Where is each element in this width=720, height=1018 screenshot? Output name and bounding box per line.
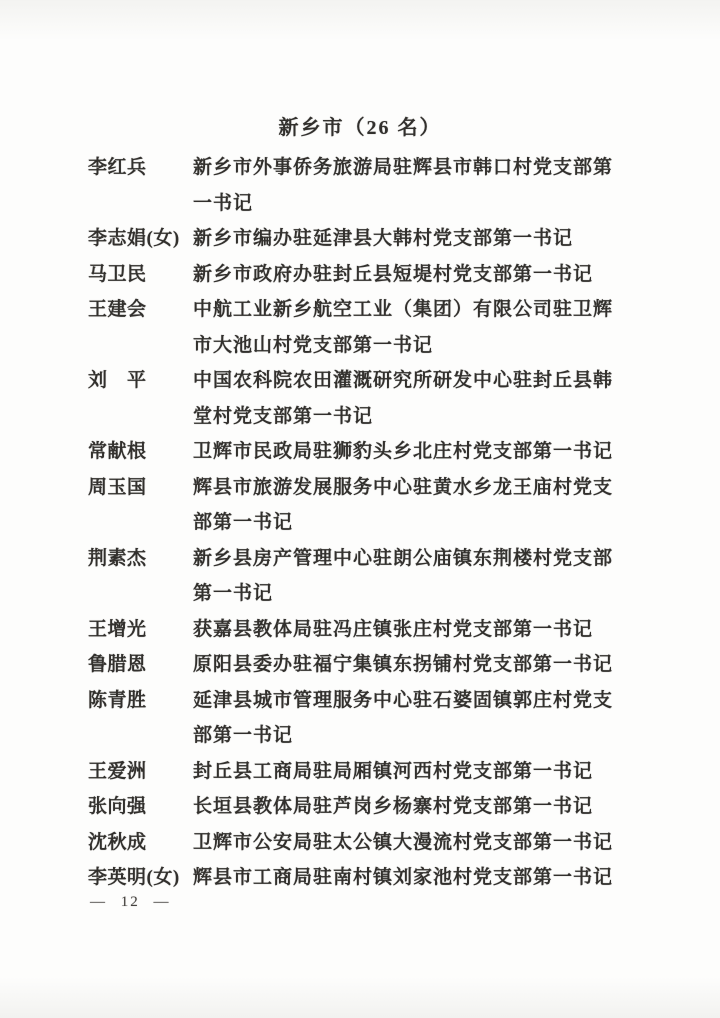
entry-description: 封丘县工商局驻局厢镇河西村党支部第一书记 bbox=[193, 754, 660, 790]
entry-name: 马卫民 bbox=[88, 257, 193, 293]
entry-row: 鲁腊恩 原阳县委办驻福宁集镇东拐铺村党支部第一书记 bbox=[88, 647, 660, 683]
entry-row: 王爱洲 封丘县工商局驻局厢镇河西村党支部第一书记 bbox=[88, 754, 660, 790]
entry-row: 李志娟(女) 新乡市编办驻延津县大韩村党支部第一书记 bbox=[88, 221, 660, 257]
entry-description-line: 卫辉市民政局驻狮豹头乡北庄村党支部第一书记 bbox=[193, 434, 660, 470]
entry-description: 卫辉市民政局驻狮豹头乡北庄村党支部第一书记 bbox=[193, 434, 660, 470]
entry-description-line: 原阳县委办驻福宁集镇东拐铺村党支部第一书记 bbox=[193, 647, 660, 683]
entry-description-line: 辉县市旅游发展服务中心驻黄水乡龙王庙村党支 bbox=[193, 470, 660, 506]
entry-name: 刘 平 bbox=[88, 363, 193, 399]
entry-description-line: 第一书记 bbox=[193, 576, 660, 612]
page-number: — 12 — bbox=[90, 894, 171, 911]
entry-row: 张向强 长垣县教体局驻芦岗乡杨寨村党支部第一书记 bbox=[88, 789, 660, 825]
entry-name: 荆素杰 bbox=[88, 541, 193, 577]
entry-name: 王爱洲 bbox=[88, 754, 193, 790]
entry-description: 原阳县委办驻福宁集镇东拐铺村党支部第一书记 bbox=[193, 647, 660, 683]
entry-description-line: 封丘县工商局驻局厢镇河西村党支部第一书记 bbox=[193, 754, 660, 790]
entry-description-line: 新乡市政府办驻封丘县短堤村党支部第一书记 bbox=[193, 257, 660, 293]
entry-description-line: 中航工业新乡航空工业（集团）有限公司驻卫辉 bbox=[193, 292, 660, 328]
entry-description: 辉县市旅游发展服务中心驻黄水乡龙王庙村党支部第一书记 bbox=[193, 470, 660, 541]
entry-description: 长垣县教体局驻芦岗乡杨寨村党支部第一书记 bbox=[193, 789, 660, 825]
entry-description: 新乡市编办驻延津县大韩村党支部第一书记 bbox=[193, 221, 660, 257]
entry-description-line: 部第一书记 bbox=[193, 718, 660, 754]
page-title: 新乡市（26 名） bbox=[0, 110, 720, 146]
entry-description-line: 中国农科院农田灌溉研究所研发中心驻封丘县韩 bbox=[193, 363, 660, 399]
entry-description-line: 堂村党支部第一书记 bbox=[193, 399, 660, 435]
entry-row: 陈青胜 延津县城市管理服务中心驻石婆固镇郭庄村党支部第一书记 bbox=[88, 683, 660, 754]
entry-row: 王建会 中航工业新乡航空工业（集团）有限公司驻卫辉市大池山村党支部第一书记 bbox=[88, 292, 660, 363]
entry-description-line: 新乡市编办驻延津县大韩村党支部第一书记 bbox=[193, 221, 660, 257]
entry-description: 辉县市工商局驻南村镇刘家池村党支部第一书记 bbox=[193, 860, 660, 896]
entry-description-line: 新乡县房产管理中心驻朗公庙镇东荆楼村党支部 bbox=[193, 541, 660, 577]
entry-description: 新乡县房产管理中心驻朗公庙镇东荆楼村党支部第一书记 bbox=[193, 541, 660, 612]
entry-row: 沈秋成 卫辉市公安局驻太公镇大漫流村党支部第一书记 bbox=[88, 825, 660, 861]
entry-description: 获嘉县教体局驻冯庄镇张庄村党支部第一书记 bbox=[193, 612, 660, 648]
entry-description: 中国农科院农田灌溉研究所研发中心驻封丘县韩堂村党支部第一书记 bbox=[193, 363, 660, 434]
entry-row: 李红兵 新乡市外事侨务旅游局驻辉县市韩口村党支部第一书记 bbox=[88, 150, 660, 221]
entry-description: 新乡市政府办驻封丘县短堤村党支部第一书记 bbox=[193, 257, 660, 293]
entry-description-line: 卫辉市公安局驻太公镇大漫流村党支部第一书记 bbox=[193, 825, 660, 861]
entry-row: 荆素杰 新乡县房产管理中心驻朗公庙镇东荆楼村党支部第一书记 bbox=[88, 541, 660, 612]
entry-list: 李红兵 新乡市外事侨务旅游局驻辉县市韩口村党支部第一书记 李志娟(女) 新乡市编… bbox=[0, 150, 720, 896]
entry-name: 王增光 bbox=[88, 612, 193, 648]
entry-name: 常献根 bbox=[88, 434, 193, 470]
entry-description: 卫辉市公安局驻太公镇大漫流村党支部第一书记 bbox=[193, 825, 660, 861]
entry-description-line: 新乡市外事侨务旅游局驻辉县市韩口村党支部第 bbox=[193, 150, 660, 186]
entry-description-line: 长垣县教体局驻芦岗乡杨寨村党支部第一书记 bbox=[193, 789, 660, 825]
entry-description-line: 部第一书记 bbox=[193, 505, 660, 541]
entry-description: 中航工业新乡航空工业（集团）有限公司驻卫辉市大池山村党支部第一书记 bbox=[193, 292, 660, 363]
entry-name: 陈青胜 bbox=[88, 683, 193, 719]
entry-name: 沈秋成 bbox=[88, 825, 193, 861]
entry-description-line: 一书记 bbox=[193, 186, 660, 222]
entry-row: 王增光 获嘉县教体局驻冯庄镇张庄村党支部第一书记 bbox=[88, 612, 660, 648]
entry-description-line: 辉县市工商局驻南村镇刘家池村党支部第一书记 bbox=[193, 860, 660, 896]
entry-name: 周玉国 bbox=[88, 470, 193, 506]
entry-description-line: 延津县城市管理服务中心驻石婆固镇郭庄村党支 bbox=[193, 683, 660, 719]
entry-row: 马卫民 新乡市政府办驻封丘县短堤村党支部第一书记 bbox=[88, 257, 660, 293]
entry-description-line: 获嘉县教体局驻冯庄镇张庄村党支部第一书记 bbox=[193, 612, 660, 648]
entry-name: 张向强 bbox=[88, 789, 193, 825]
entry-row: 常献根 卫辉市民政局驻狮豹头乡北庄村党支部第一书记 bbox=[88, 434, 660, 470]
entry-name: 李志娟(女) bbox=[88, 221, 193, 257]
entry-row: 刘 平 中国农科院农田灌溉研究所研发中心驻封丘县韩堂村党支部第一书记 bbox=[88, 363, 660, 434]
document-page: 新乡市（26 名） 李红兵 新乡市外事侨务旅游局驻辉县市韩口村党支部第一书记 李… bbox=[0, 0, 720, 1018]
entry-name: 李红兵 bbox=[88, 150, 193, 186]
entry-name: 王建会 bbox=[88, 292, 193, 328]
entry-description: 延津县城市管理服务中心驻石婆固镇郭庄村党支部第一书记 bbox=[193, 683, 660, 754]
entry-row: 周玉国 辉县市旅游发展服务中心驻黄水乡龙王庙村党支部第一书记 bbox=[88, 470, 660, 541]
entry-name: 鲁腊恩 bbox=[88, 647, 193, 683]
entry-description-line: 市大池山村党支部第一书记 bbox=[193, 328, 660, 364]
entry-description: 新乡市外事侨务旅游局驻辉县市韩口村党支部第一书记 bbox=[193, 150, 660, 221]
entry-row: 李英明(女) 辉县市工商局驻南村镇刘家池村党支部第一书记 bbox=[88, 860, 660, 896]
entry-name: 李英明(女) bbox=[88, 860, 193, 896]
